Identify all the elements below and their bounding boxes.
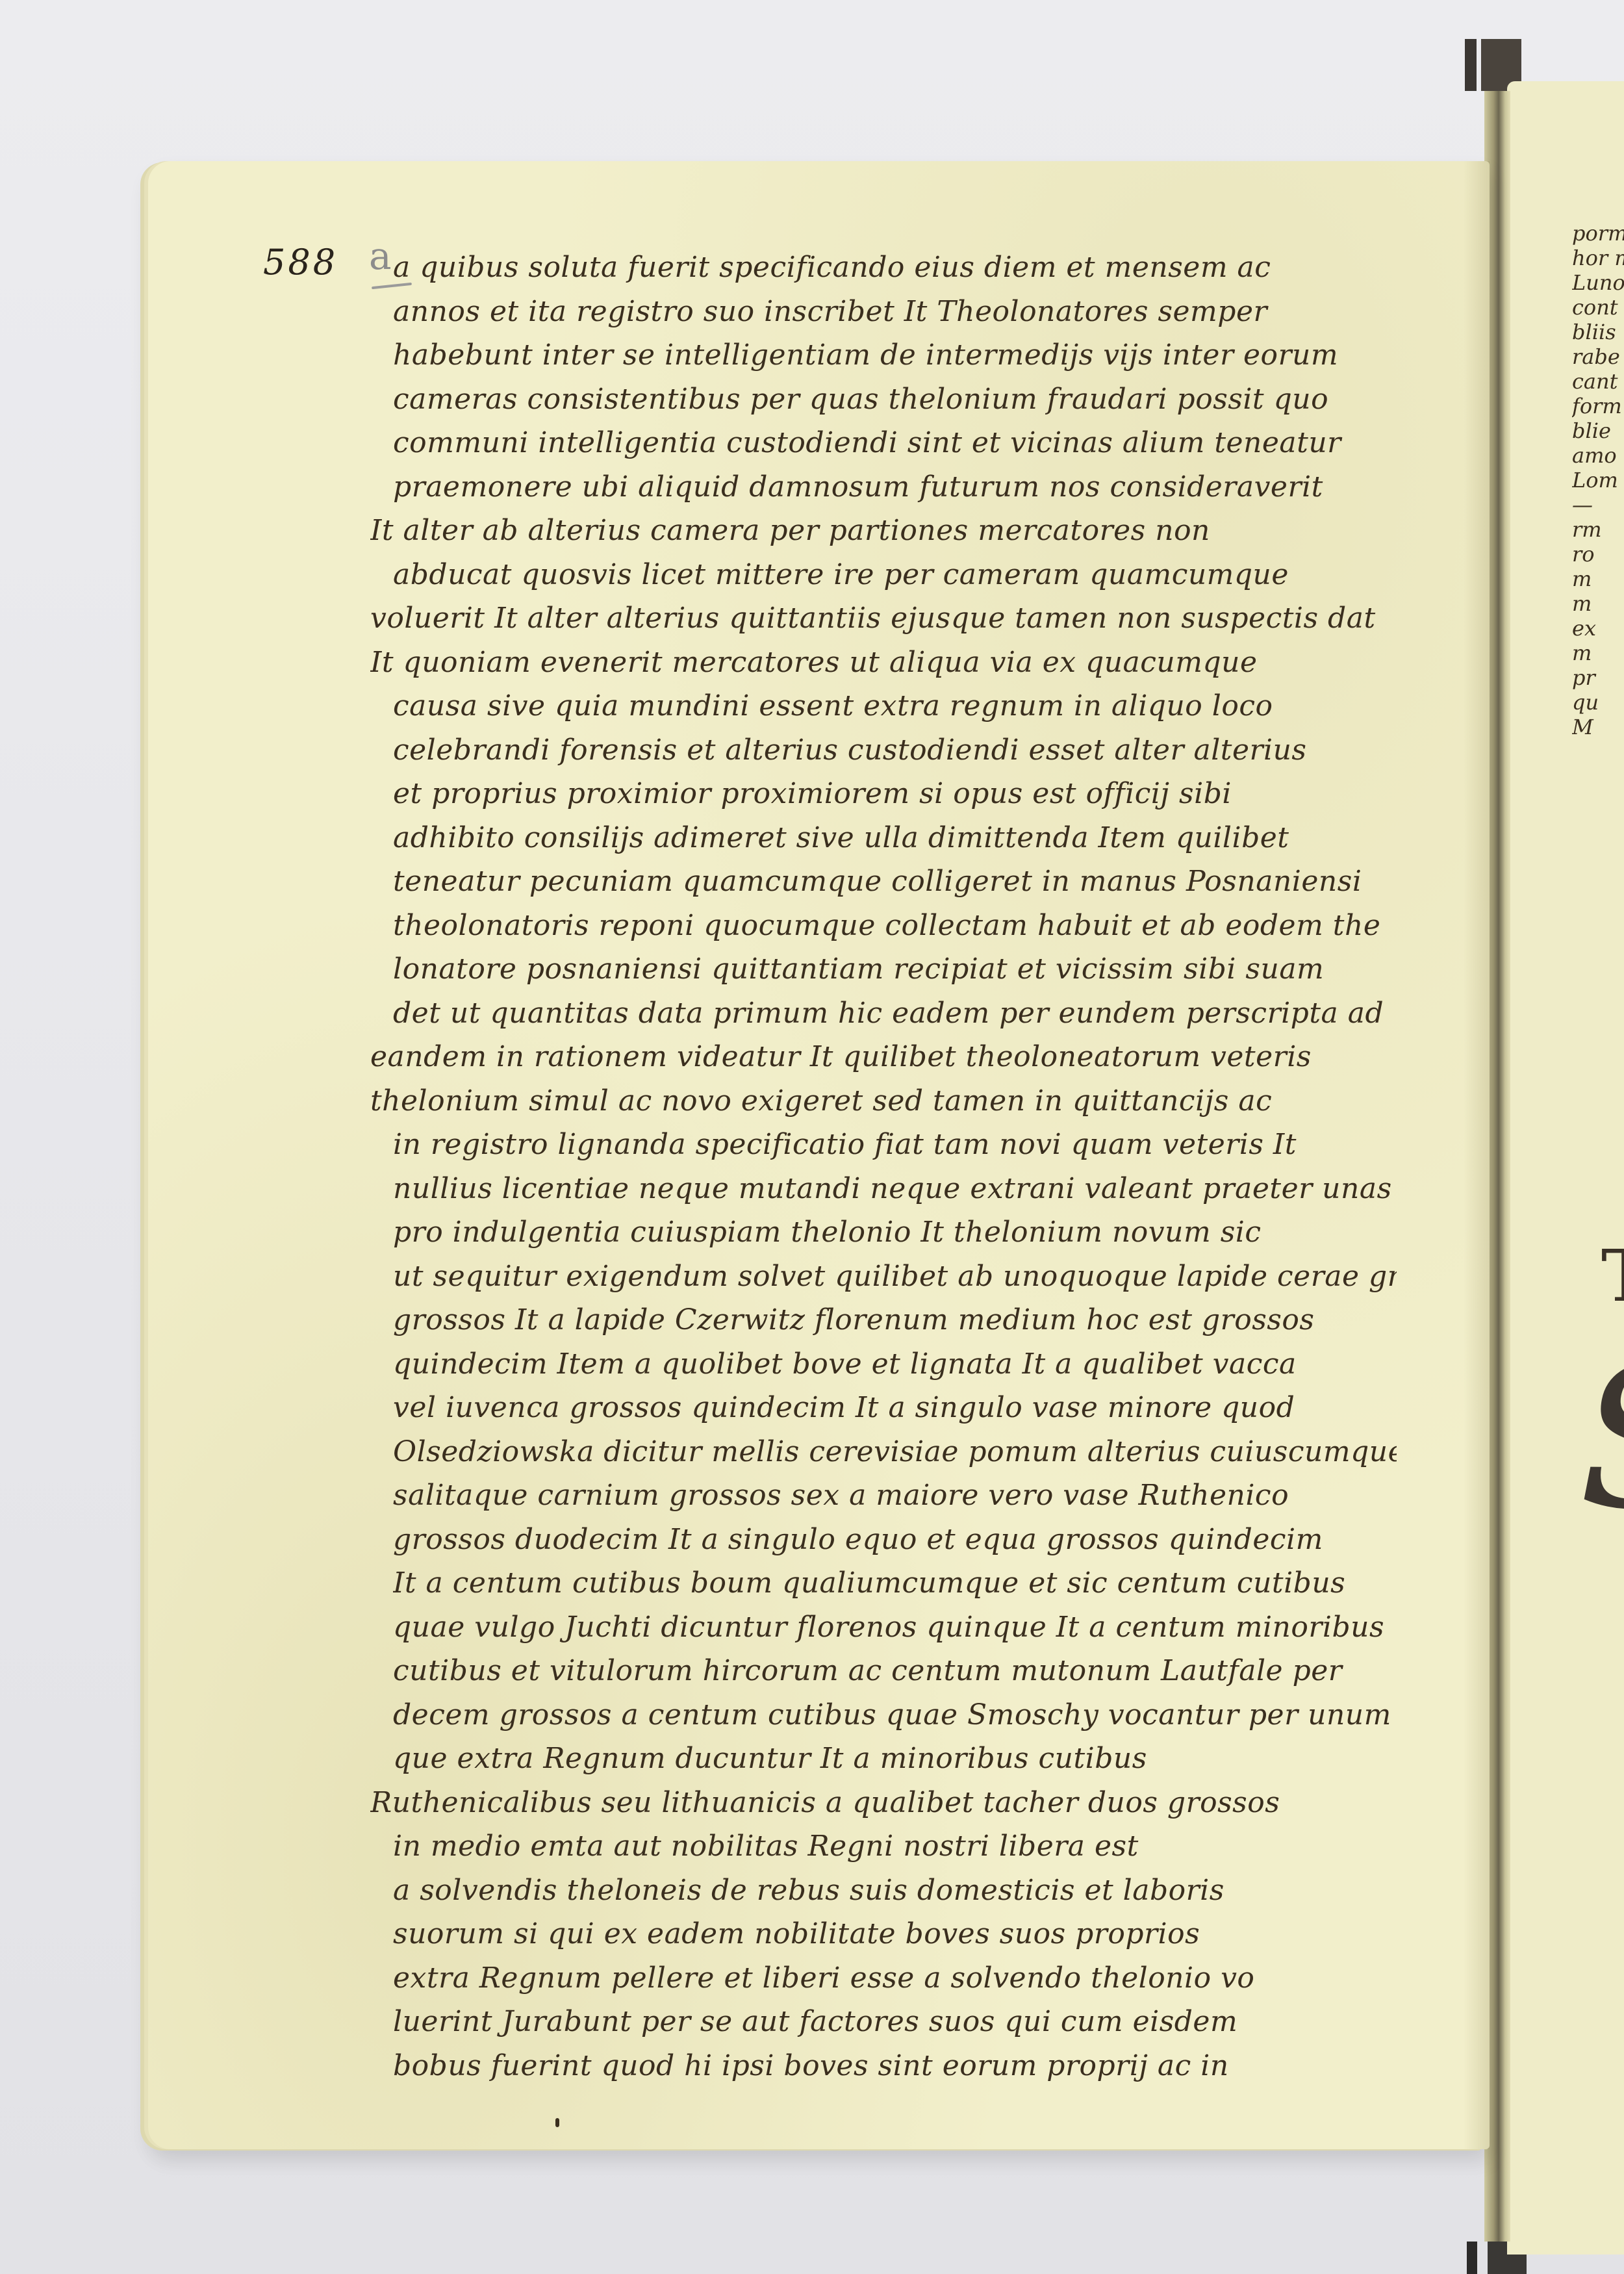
text-line: annos et ita registro suo inscribet It T…: [393, 290, 1397, 334]
folio-letter-pencil: a: [369, 234, 392, 278]
text-line: bobus fuerint quod hi ipsi boves sint eo…: [393, 2044, 1397, 2088]
facing-text-fragment: Luno: [1572, 270, 1624, 295]
text-line: It a centum cutibus boum qualiumcumque e…: [393, 1561, 1397, 1605]
text-line: habebunt inter se intelligentiam de inte…: [393, 333, 1397, 377]
facing-text-fragment: m: [1572, 567, 1624, 591]
facing-text-fragment: cont: [1572, 295, 1624, 320]
text-line: teneatur pecuniam quamcumque colligeret …: [393, 860, 1397, 904]
text-line: It quoniam evenerit mercatores ut aliqua…: [370, 641, 1397, 685]
facing-page-text: pormhor mLunocontbliisrabecantformblieam…: [1572, 221, 1624, 739]
text-line: salitaque carnium grossos sex a maiore v…: [393, 1474, 1397, 1518]
text-line: praemonere ubi aliquid damnosum futurum …: [393, 465, 1397, 509]
text-line: extra Regnum pellere et liberi esse a so…: [393, 1956, 1397, 2000]
facing-text-fragment: M: [1572, 715, 1624, 739]
text-line: It alter ab alterius camera per partione…: [370, 509, 1397, 553]
manuscript-text: a quibus soluta fuerit specificando eius…: [393, 246, 1397, 2088]
text-line: adhibito consilijs adimeret sive ulla di…: [393, 816, 1397, 860]
folio-number: 588: [263, 242, 338, 283]
text-line: que extra Regnum ducuntur It a minoribus…: [393, 1737, 1397, 1781]
facing-page-initial-s: S: [1579, 1325, 1624, 1552]
facing-text-fragment: porm: [1572, 221, 1624, 246]
facing-text-fragment: bliis: [1572, 320, 1624, 344]
text-line: quae vulgo Juchti dicuntur florenos quin…: [393, 1605, 1397, 1650]
text-line: Ruthenicalibus seu lithuanicis a qualibe…: [370, 1781, 1397, 1825]
text-line: vel iuvenca grossos quindecim It a singu…: [393, 1386, 1397, 1430]
book-clamp-top-left: [1465, 39, 1477, 91]
text-line: cameras consistentibus per quas theloniu…: [393, 377, 1397, 422]
facing-text-fragment: Lom: [1572, 468, 1624, 492]
book-clamp-bottom-left: [1467, 2242, 1477, 2274]
text-line: abducat quosvis licet mittere ire per ca…: [393, 553, 1397, 597]
facing-text-fragment: rabe: [1572, 344, 1624, 369]
text-line: Olsedziowska dicitur mellis cerevisiae p…: [393, 1430, 1397, 1474]
text-line: communi intelligentia custodiendi sint e…: [393, 421, 1397, 465]
text-line: grossos duodecim It a singulo equo et eq…: [393, 1518, 1397, 1562]
text-line: det ut quantitas data primum hic eadem p…: [393, 991, 1397, 1036]
text-line: causa sive quia mundini essent extra reg…: [393, 684, 1397, 728]
text-line: nullius licentiae neque mutandi neque ex…: [393, 1167, 1397, 1211]
facing-text-fragment: hor m: [1572, 246, 1624, 270]
text-line: a solvendis theloneis de rebus suis dome…: [393, 1869, 1397, 1913]
text-line: et proprius proximior proximiorem si opu…: [393, 772, 1397, 816]
facing-page-initial-t: T: [1601, 1234, 1624, 1318]
facing-text-fragment: pr: [1572, 665, 1624, 690]
text-line: eandem in rationem videatur It quilibet …: [370, 1035, 1397, 1079]
text-line: luerint Jurabunt per se aut factores suo…: [393, 2000, 1397, 2044]
facing-text-fragment: ro: [1572, 542, 1624, 567]
facing-text-fragment: blie: [1572, 418, 1624, 443]
text-line: celebrandi forensis et alterius custodie…: [393, 728, 1397, 773]
text-line: theolonatoris reponi quocumque collectam…: [393, 904, 1397, 948]
text-line: suorum si qui ex eadem nobilitate boves …: [393, 1912, 1397, 1956]
text-line: in medio emta aut nobilitas Regni nostri…: [393, 1824, 1397, 1869]
facing-text-fragment: form: [1572, 394, 1624, 418]
facing-text-fragment: ex: [1572, 616, 1624, 641]
facing-text-fragment: rm: [1572, 517, 1624, 542]
text-line: grossos It a lapide Czerwitz florenum me…: [393, 1298, 1397, 1342]
text-line: quindecim Item a quolibet bove et lignat…: [393, 1342, 1397, 1386]
ink-mark: [555, 2118, 559, 2127]
facing-text-fragment: cant: [1572, 369, 1624, 394]
facing-text-fragment: amo: [1572, 443, 1624, 468]
facing-text-fragment: m: [1572, 591, 1624, 616]
text-line: voluerit It alter alterius quittantiis e…: [370, 596, 1397, 641]
facing-text-fragment: —: [1572, 492, 1624, 517]
text-line: a quibus soluta fuerit specificando eius…: [393, 246, 1397, 290]
text-line: cutibus et vitulorum hircorum ac centum …: [393, 1649, 1397, 1693]
text-line: thelonium simul ac novo exigeret sed tam…: [370, 1079, 1397, 1123]
text-line: pro indulgentia cuiuspiam thelonio It th…: [393, 1210, 1397, 1255]
facing-text-fragment: qu: [1572, 690, 1624, 715]
text-line: in registro lignanda specificatio fiat t…: [393, 1123, 1397, 1167]
facing-text-fragment: m: [1572, 641, 1624, 665]
text-line: lonatore posnaniensi quittantiam recipia…: [393, 947, 1397, 991]
text-line: ut sequitur exigendum solvet quilibet ab…: [393, 1255, 1397, 1299]
text-line: decem grossos a centum cutibus quae Smos…: [393, 1693, 1397, 1737]
